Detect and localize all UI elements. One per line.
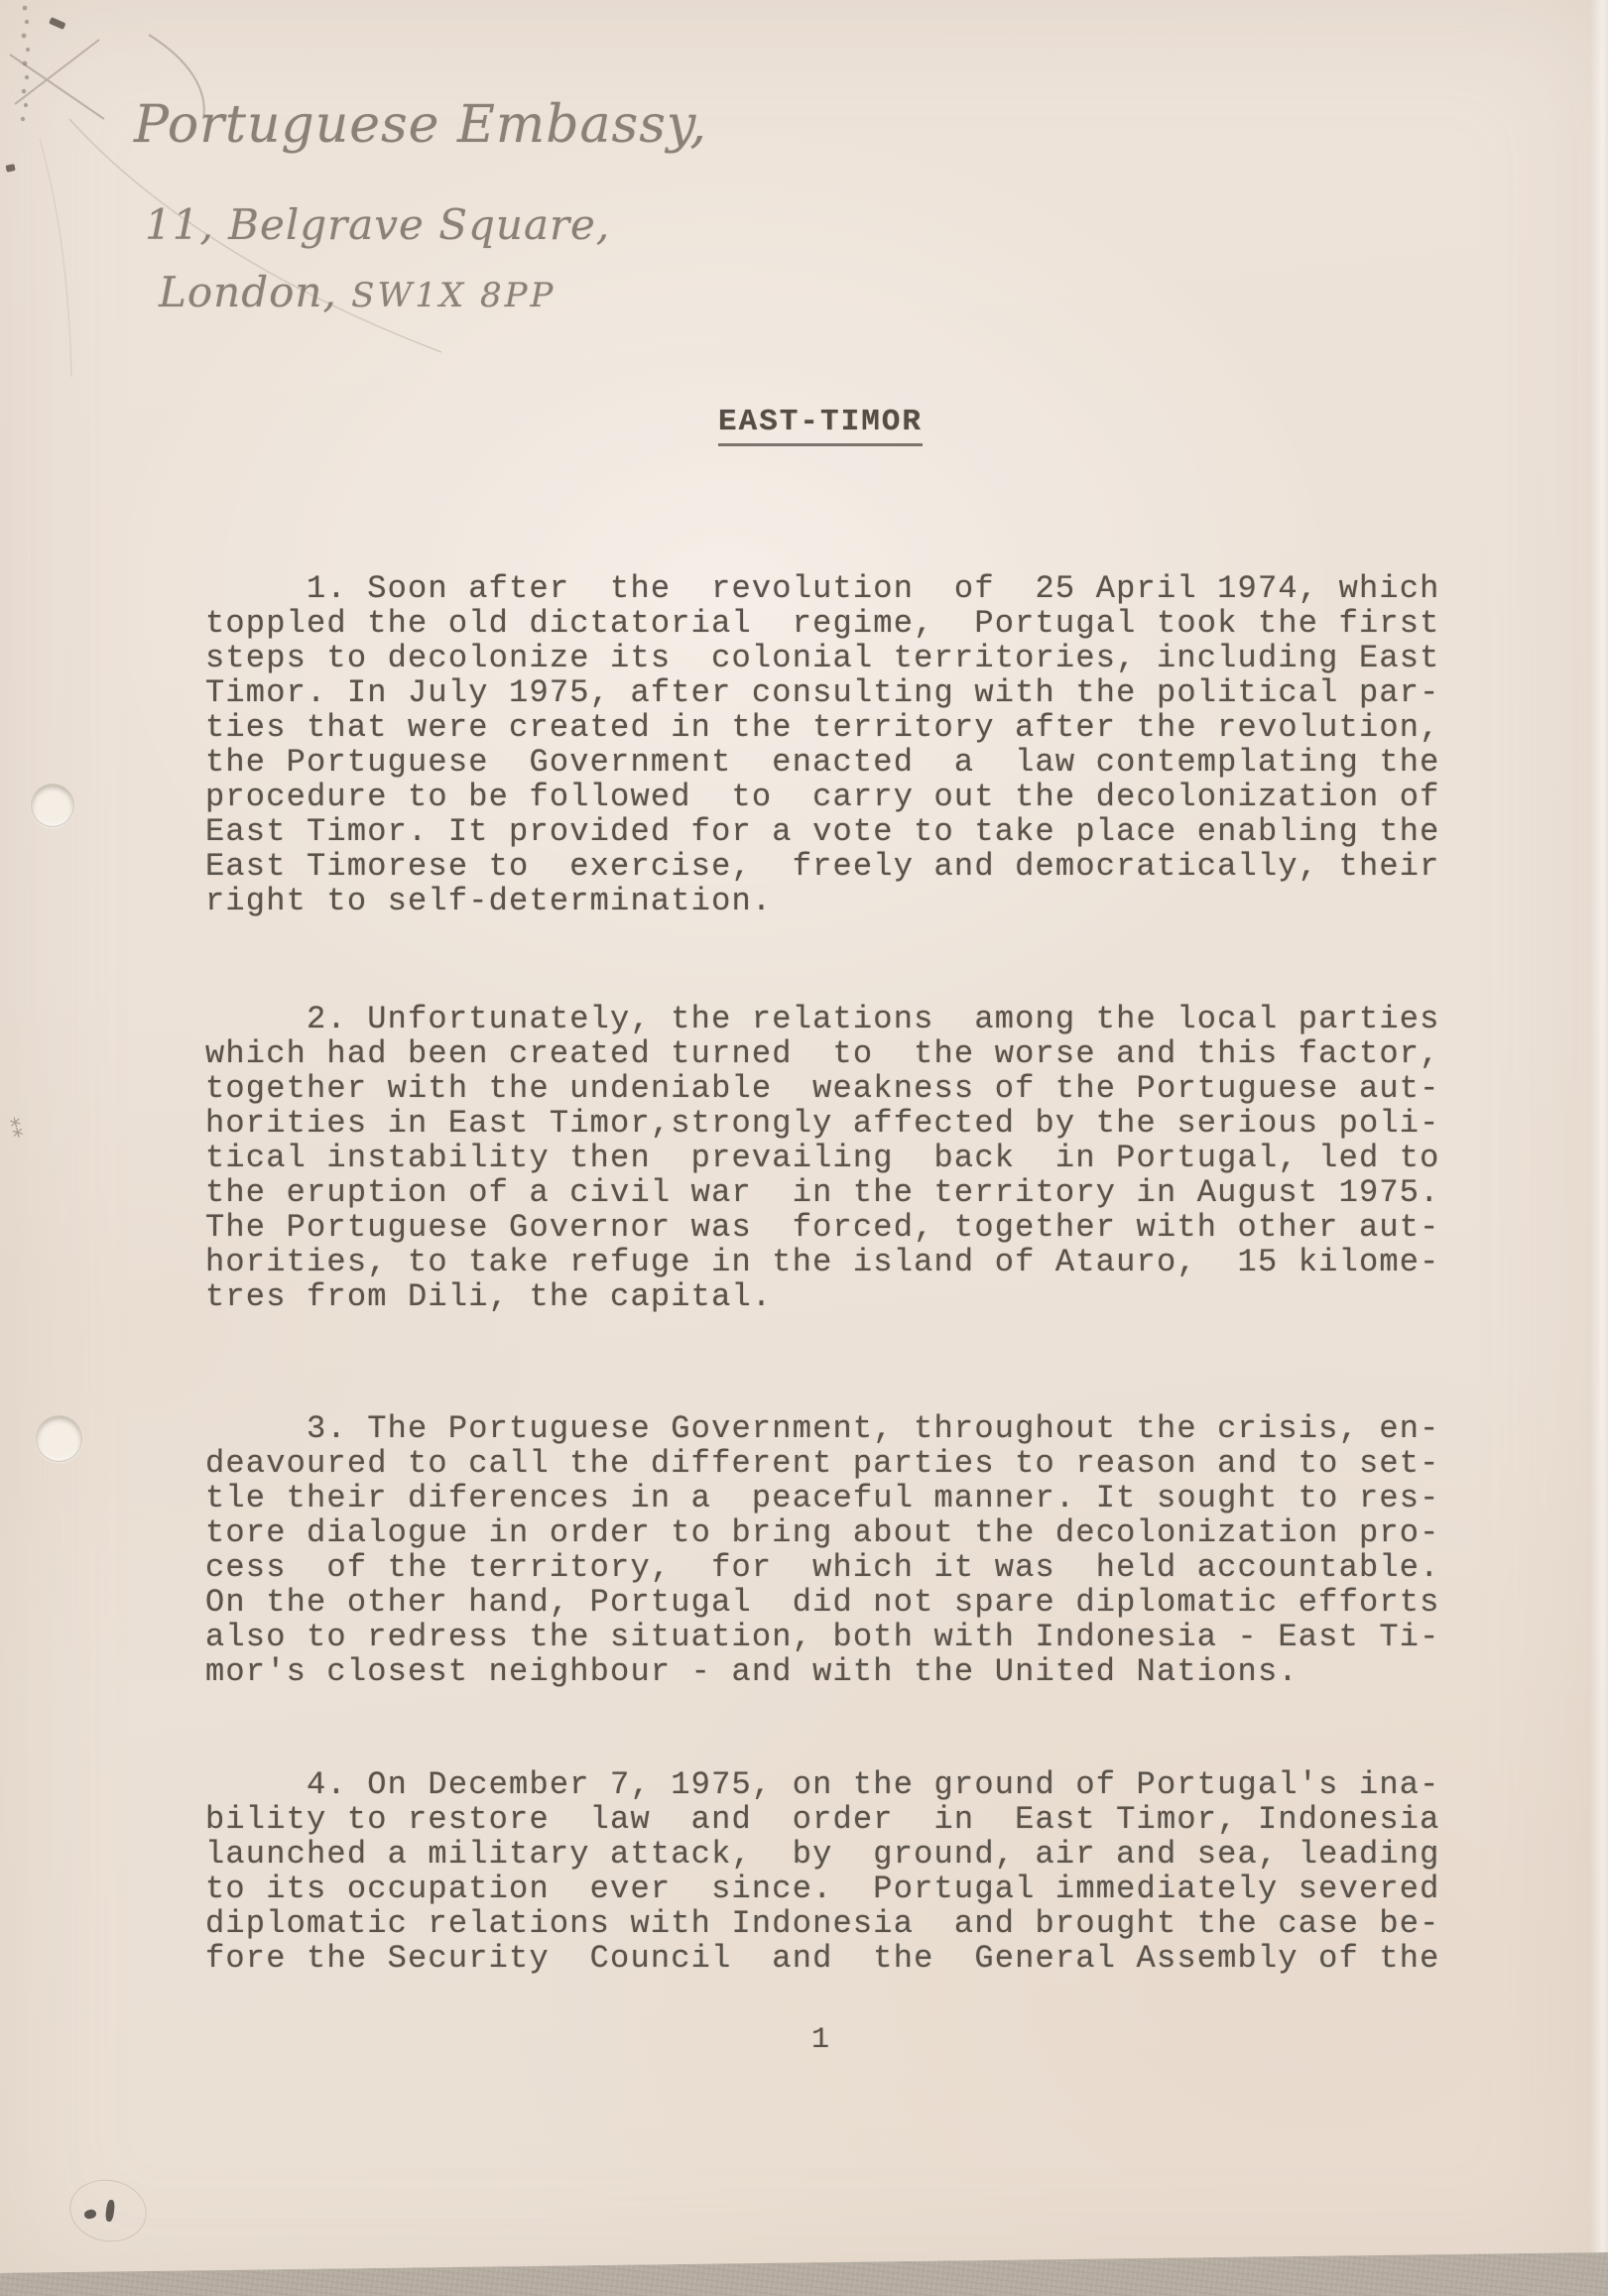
paragraph-3: 3. The Portuguese Government, throughout… <box>205 1411 1475 1689</box>
letterhead-city-postcode: London, SW1X 8PP <box>159 268 556 316</box>
paragraph-2: 2. Unfortunately, the relations among th… <box>205 1002 1475 1314</box>
margin-smudge: ⁑ <box>9 1118 24 1144</box>
letterhead-street-address: 11, Belgrave Square, <box>145 200 610 249</box>
staple-marks <box>0 0 476 397</box>
scanned-document: { "palette":{ "paper":"#ece2d8", "ink":"… <box>0 0 1608 2296</box>
document-title: EAST-TIMOR <box>205 405 1435 446</box>
paragraph-1: 1. Soon after the revolution of 25 April… <box>205 571 1475 918</box>
hole-punch-top <box>31 784 74 827</box>
letterhead-embassy-name: Portuguese Embassy, <box>134 95 707 155</box>
document-title-text: EAST-TIMOR <box>718 405 923 446</box>
letterhead-city: London, <box>159 268 351 316</box>
hole-punch-bottom <box>36 1415 82 1462</box>
page-number: 1 <box>205 2023 1435 2057</box>
paragraph-4: 4. On December 7, 1975, on the ground of… <box>205 1767 1475 1976</box>
paper-page: Portuguese Embassy, 11, Belgrave Square,… <box>0 0 1608 2296</box>
letterhead-postcode: SW1X 8PP <box>351 276 556 315</box>
